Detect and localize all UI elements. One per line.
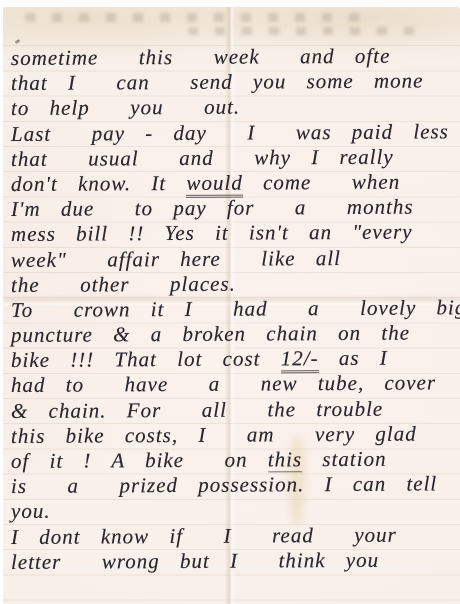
handwriting-segment: I dont know if I read your: [11, 522, 397, 548]
handwritten-line: Last pay - day I was paid less: [11, 119, 460, 147]
underlined-word: 12/-: [281, 346, 319, 373]
handwriting-segment: I'm due to pay for a months: [11, 195, 414, 221]
handwriting-segment: the other places.: [11, 271, 236, 296]
handwritten-line: I'm due to pay for a months: [11, 194, 460, 222]
handwritten-line: don't know. It would come when: [11, 169, 460, 197]
handwriting-segment: had to have a new tube, cover: [11, 371, 436, 398]
handwriting-segment: is a prized possession. I can tell: [11, 472, 437, 499]
handwriting-segment: bike !!! That lot cost: [11, 347, 281, 373]
letter-paper: sometime this week and oftethat I can se…: [3, 7, 460, 604]
handwritten-line: bike !!! That lot cost 12/- as I: [11, 345, 460, 373]
handwriting-segment: station: [302, 447, 387, 472]
handwritten-line: that usual and why I really: [11, 144, 460, 172]
handwriting-segment: you.: [11, 499, 51, 523]
handwriting-segment: Last pay - day I was paid less: [11, 119, 449, 146]
handwriting-segment: To crown it I had a lovely big: [11, 295, 460, 322]
handwriting-segment: come when: [243, 170, 401, 195]
handwriting-segment: as I: [318, 346, 387, 370]
handwriting-segment: of it ! A bike on: [11, 447, 268, 473]
handwritten-line: to help you out.: [11, 93, 460, 121]
handwritten-line: the other places.: [11, 270, 460, 298]
handwritten-line: had to have a new tube, cover: [11, 370, 460, 398]
handwritten-line: this bike costs, I am very glad: [11, 421, 460, 449]
handwritten-line: To crown it I had a lovely big: [11, 295, 460, 323]
underlined-word: this: [268, 447, 302, 472]
handwriting-segment: sometime this week and ofte: [11, 44, 391, 70]
handwritten-line: mess bill !! Yes it isn't an "every: [11, 219, 460, 247]
scan-background: sometime this week and oftethat I can se…: [0, 0, 460, 604]
handwriting-segment: to help you out.: [11, 95, 240, 120]
handwritten-line: I dont know if I read your: [11, 522, 460, 550]
handwritten-line: sometime this week and ofte: [11, 43, 460, 71]
handwriting-segment: that I can send you some mone: [11, 69, 424, 96]
handwriting-segment: letter wrong but I think you: [11, 548, 379, 574]
handwritten-line: week" affair here like all: [11, 245, 460, 273]
handwriting-segment: mess bill !! Yes it isn't an "every: [11, 220, 413, 246]
handwriting-segment: week" affair here like all: [11, 245, 341, 271]
handwritten-line: you.: [11, 496, 460, 524]
handwriting-segment: this bike costs, I am very glad: [11, 421, 417, 447]
handwriting-segment: that usual and why I really: [11, 144, 394, 170]
handwriting-segment: & chain. For all the trouble: [11, 396, 383, 422]
letter-body: sometime this week and oftethat I can se…: [11, 46, 460, 575]
bleed-through-marks: [25, 13, 365, 22]
handwritten-line: puncture & a broken chain on the: [11, 320, 460, 348]
handwritten-line: that I can send you some mone: [11, 68, 460, 96]
handwritten-line: letter wrong but I think you: [11, 547, 460, 575]
handwritten-line: & chain. For all the trouble: [11, 396, 460, 424]
bleed-through-marks: [188, 27, 423, 35]
handwritten-line: of it ! A bike on this station: [11, 446, 460, 474]
handwriting-segment: don't know. It: [11, 171, 187, 196]
underlined-word: would: [186, 171, 243, 198]
handwriting-segment: puncture & a broken chain on the: [11, 321, 410, 347]
handwritten-line: is a prized possession. I can tell: [11, 471, 460, 499]
